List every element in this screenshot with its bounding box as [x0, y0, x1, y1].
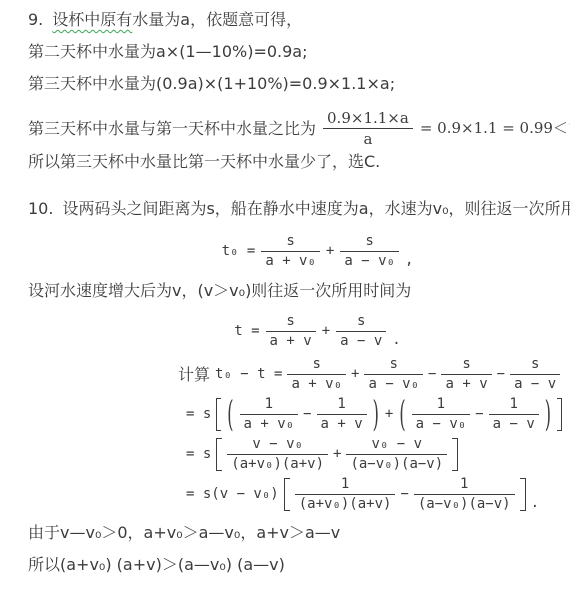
- calc-row1-op-3: −: [497, 367, 505, 382]
- right-paren: ): [372, 397, 380, 432]
- calc-row4-fraction-1: 1 (a+v₀)(a+v): [295, 477, 396, 512]
- calc-row4-op: −: [400, 487, 408, 502]
- fraction-numerator: 1: [489, 397, 539, 415]
- p9-line-2: 第二天杯中水量为a×(1—10%)=0.9a;: [28, 42, 562, 61]
- calc-derivation-block: 计算 t₀ − t = s a + v₀ + s a − v₀ − s a + …: [28, 357, 562, 512]
- fraction-denominator: (a+v₀)(a+v): [295, 495, 396, 512]
- calc-row3-op: +: [333, 447, 341, 462]
- document: 9.设杯中原有水量为a，依题意可得， 第二天杯中水量为a×(1—10%)=0.9…: [0, 0, 570, 574]
- fraction-denominator: (a+v₀)(a+v): [227, 455, 328, 472]
- calc-row2-fraction-1: 1 a + v₀: [240, 397, 299, 432]
- fraction-numerator: s: [336, 314, 386, 332]
- eq-t-lhs: t =: [234, 324, 259, 339]
- p10-problem-number: 10.: [28, 199, 53, 218]
- p9-line-1: 9.设杯中原有水量为a，依题意可得，: [28, 10, 562, 29]
- calc-row2-fraction-2: 1 a + v: [317, 397, 367, 432]
- calc-row3-fraction-2: v₀ − v (a−v₀)(a−v): [346, 437, 447, 472]
- fraction-denominator: a − v₀: [340, 252, 399, 269]
- calc-row2-fraction-4: 1 a − v: [489, 397, 539, 432]
- fraction-numerator: s: [340, 234, 399, 252]
- p9-problem-number: 9.: [28, 10, 43, 29]
- calc-row4-lhs: = s(v − v₀): [186, 487, 279, 502]
- calc-row1-fraction-3: s a + v: [441, 357, 491, 392]
- left-square-bracket: [216, 398, 221, 431]
- right-paren: ): [544, 397, 552, 432]
- eq-t0-fraction-2: s a − v₀: [340, 234, 399, 269]
- eq-t-period: .: [392, 333, 400, 348]
- eq-t0-lhs: t₀ =: [222, 244, 256, 259]
- fraction-numerator: s: [287, 357, 346, 375]
- fraction-numerator: s: [266, 314, 316, 332]
- calc-label: 计算: [178, 365, 210, 384]
- calc-row2-op-2: −: [475, 407, 483, 422]
- fraction-denominator: a − v: [510, 375, 560, 392]
- calc-row-4: = s(v − v₀) 1 (a+v₀)(a+v) − 1 (a−v₀)(a−v…: [186, 477, 562, 512]
- p9-line-3: 第三天杯中水量为(0.9a)×(1+10%)=0.9×1.1×a;: [28, 74, 562, 93]
- fraction-denominator: a + v₀: [287, 375, 346, 392]
- fraction-numerator: v₀ − v: [346, 437, 447, 455]
- calc-row1-fraction-2: s a − v₀: [364, 357, 423, 392]
- fraction-denominator: a + v: [266, 332, 316, 349]
- eq-t0-comma: ,: [405, 253, 413, 268]
- p9-spellcheck-underlined-text: 设杯中原有: [52, 10, 132, 29]
- p10-because-line: 由于v—v₀＞0，a+v₀＞a—v₀，a+v＞a—v: [28, 523, 562, 542]
- calc-row1-op-2: −: [428, 367, 436, 382]
- calc-row2-op-1: −: [303, 407, 311, 422]
- eq-t0-operator: +: [326, 244, 334, 259]
- fraction-denominator: a + v: [317, 415, 367, 432]
- fraction-numerator: v − v₀: [227, 437, 328, 455]
- calc-row4-period: .: [531, 496, 539, 511]
- calc-row2-mid-op: +: [385, 407, 393, 422]
- fraction-denominator: a + v₀: [240, 415, 299, 432]
- fraction-numerator: 1: [414, 477, 515, 495]
- equation-t0: t₀ = s a + v₀ + s a − v₀ ,: [73, 232, 562, 270]
- left-paren: (: [398, 397, 406, 432]
- p9-conclusion-line: 所以第三天杯中水量比第一天杯中水量少了，选C.: [28, 152, 562, 171]
- eq-t-fraction-2: s a − v: [336, 314, 386, 349]
- calc-row-2: = s ( 1 a + v₀ − 1 a + v ) + ( 1 a − v₀ …: [186, 397, 562, 432]
- left-square-bracket: [284, 478, 290, 511]
- eq-t-operator: +: [322, 324, 330, 339]
- calc-row1-fraction-1: s a + v₀: [287, 357, 346, 392]
- p9-ratio-line: 第三天杯中水量与第一天杯中水量之比为 0.9×1.1×a a = 0.9×1.1…: [28, 106, 562, 150]
- fraction-numerator: s: [441, 357, 491, 375]
- p10-intro-line: 10.设两码头之间距离为s，船在静水中速度为a，水速为v₀，则往返一次所用时间为: [28, 199, 562, 218]
- calc-row1-op-1: +: [351, 367, 359, 382]
- fraction-denominator: a + v₀: [261, 252, 320, 269]
- calc-row3-fraction-1: v − v₀ (a+v₀)(a+v): [227, 437, 328, 472]
- calc-row2-fraction-3: 1 a − v₀: [412, 397, 471, 432]
- fraction-denominator: a − v₀: [412, 415, 471, 432]
- calc-row1-lhs: t₀ − t =: [215, 367, 282, 382]
- fraction-denominator: (a−v₀)(a−v): [414, 495, 515, 512]
- fraction-denominator: a − v₀: [364, 375, 423, 392]
- p9-ratio-prefix: 第三天杯中水量与第一天杯中水量之比为: [28, 119, 316, 138]
- equation-t: t = s a + v + s a − v .: [73, 313, 562, 349]
- calc-row4-fraction-2: 1 (a−v₀)(a−v): [414, 477, 515, 512]
- fraction-numerator: 1: [295, 477, 396, 495]
- p9-ratio-fraction: 0.9×1.1×a a: [323, 110, 413, 147]
- calc-row2-lhs: = s: [186, 407, 211, 422]
- eq-t0-fraction-1: s a + v₀: [261, 234, 320, 269]
- p10-therefore-line: 所以(a+v₀) (a+v)＞(a—v₀) (a—v): [28, 555, 562, 574]
- calc-row3-lhs: = s: [186, 447, 211, 462]
- p10-mid-line: 设河水速度增大后为v，(v＞v₀)则往返一次所用时间为: [28, 281, 562, 300]
- fraction-denominator: a − v: [336, 332, 386, 349]
- p9-line-1-rest: 水量为a，依题意可得，: [132, 10, 302, 29]
- fraction-numerator: s: [261, 234, 320, 252]
- calc-row-3: = s v − v₀ (a+v₀)(a+v) + v₀ − v (a−v₀)(a…: [186, 437, 562, 472]
- fraction-numerator: 0.9×1.1×a: [323, 110, 413, 129]
- right-square-bracket: [452, 438, 458, 471]
- calc-row1-fraction-4: s a − v: [510, 357, 560, 392]
- fraction-numerator: 1: [240, 397, 299, 415]
- fraction-denominator: a − v: [489, 415, 539, 432]
- fraction-denominator: a: [323, 129, 413, 147]
- fraction-denominator: (a−v₀)(a−v): [346, 455, 447, 472]
- p10-intro-text: 设两码头之间距离为s，船在静水中速度为a，水速为v₀，则往返一次所用时间为: [62, 199, 570, 218]
- p9-ratio-result: = 0.9×1.1 = 0.99＜1.: [420, 120, 570, 136]
- fraction-numerator: 1: [317, 397, 367, 415]
- fraction-denominator: a + v: [441, 375, 491, 392]
- eq-t-fraction-1: s a + v: [266, 314, 316, 349]
- calc-row-1: 计算 t₀ − t = s a + v₀ + s a − v₀ − s a + …: [178, 357, 562, 392]
- left-square-bracket: [216, 438, 222, 471]
- right-square-bracket: [557, 398, 562, 431]
- fraction-numerator: s: [510, 357, 560, 375]
- right-square-bracket: [520, 478, 526, 511]
- fraction-numerator: 1: [412, 397, 471, 415]
- left-paren: (: [226, 397, 234, 432]
- fraction-numerator: s: [364, 357, 423, 375]
